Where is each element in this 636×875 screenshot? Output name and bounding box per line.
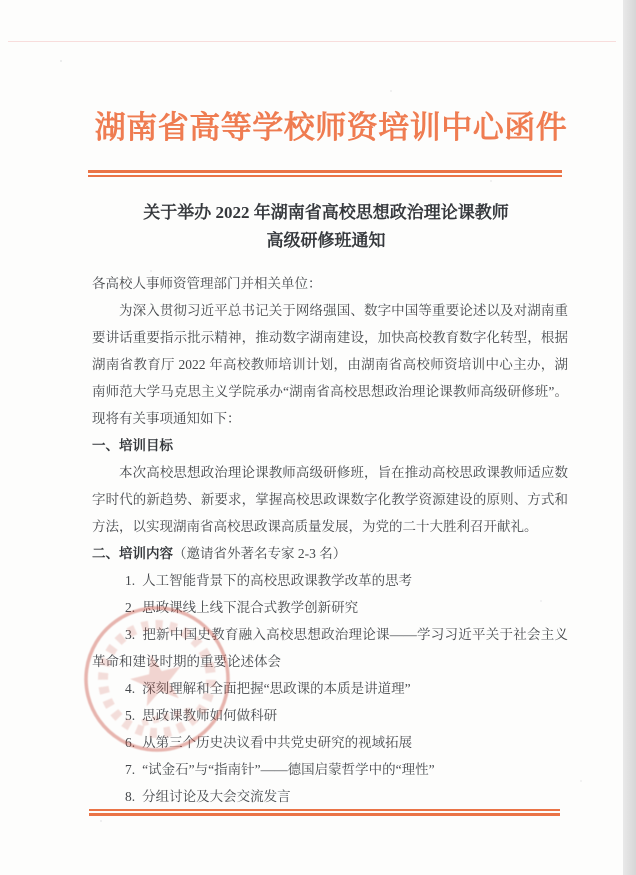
- list-item-4: 4.深刻理解和全面把握“思政课的本质是讲道理”: [92, 675, 568, 702]
- list-item-text: 从第三个历史决议看中共党史研究的视域拓展: [142, 735, 412, 750]
- list-item-3: 3.把新中国史教育融入高校思想政治理论课——学习习近平关于社会主义革命和建设时期…: [92, 621, 568, 675]
- rule-thin-line: [88, 175, 562, 177]
- list-item-number: 7.: [125, 762, 135, 777]
- list-item-text: 分组讨论及大会交流发言: [142, 789, 291, 804]
- list-item-text: 思政课教师如何做科研: [142, 708, 277, 723]
- letterhead-title: 湖南省高等学校师资培训中心函件: [40, 102, 622, 147]
- scanned-document-page: 湖南省高等学校师资培训中心函件 关于举办 2022 年湖南省高校思想政治理论课教…: [0, 0, 636, 875]
- document-title-line2: 高级研修班通知: [88, 227, 564, 255]
- section2-heading: 二、培训内容（邀请省外著名专家 2-3 名）: [92, 540, 568, 567]
- intro-paragraph: 为深入贯彻习近平总书记关于网络强国、数字中国等重要论述以及对湖南重要讲话重要指示…: [92, 297, 568, 432]
- document-title-line1: 关于举办 2022 年湖南省高校思想政治理论课教师: [88, 199, 564, 227]
- list-item-2: 2.思政课线上线下混合式教学创新研究: [92, 594, 568, 621]
- section1-heading: 一、培训目标: [92, 432, 568, 459]
- list-item-number: 8.: [125, 789, 135, 804]
- salutation: 各高校人事师资管理部门并相关单位：: [92, 270, 568, 297]
- section2-heading-note: （邀请省外著名专家 2-3 名）: [173, 546, 346, 561]
- list-item-text: 把新中国史教育融入高校思想政治理论课——学习习近平关于社会主义革命和建设时期的重…: [92, 627, 568, 669]
- footer-double-rule: [89, 809, 560, 816]
- scan-noise-specks: [60, 60, 62, 62]
- list-item-text: 深刻理解和全面把握“思政课的本质是讲道理”: [142, 681, 410, 696]
- document-body: 各高校人事师资管理部门并相关单位： 为深入贯彻习近平总书记关于网络强国、数字中国…: [92, 270, 568, 810]
- list-item-text: 人工智能背景下的高校思政课教学改革的思考: [142, 573, 412, 588]
- section2-heading-label: 二、培训内容: [92, 546, 173, 561]
- list-item-7: 7.“试金石”与“指南针”——德国启蒙哲学中的“理性”: [92, 756, 568, 783]
- list-item-1: 1.人工智能背景下的高校思政课教学改革的思考: [92, 567, 568, 594]
- section1-body: 本次高校思想政治理论课教师高级研修班，旨在推动高校思政课教师适应数字时代的新趋势…: [92, 459, 568, 540]
- scan-artifact-line: [8, 41, 616, 42]
- list-item-text: “试金石”与“指南针”——德国启蒙哲学中的“理性”: [142, 762, 434, 777]
- list-item-number: 2.: [125, 600, 135, 615]
- scan-edge-strip: [623, 0, 636, 875]
- rule-thick-line: [89, 813, 560, 816]
- list-item-5: 5.思政课教师如何做科研: [92, 702, 568, 729]
- list-item-number: 6.: [125, 735, 135, 750]
- list-item-6: 6.从第三个历史决议看中共党史研究的视域拓展: [92, 729, 568, 756]
- letterhead-double-rule: [88, 170, 562, 177]
- list-item-number: 3.: [125, 627, 135, 642]
- list-item-8: 8.分组讨论及大会交流发言: [92, 783, 568, 810]
- list-item-number: 4.: [125, 681, 135, 696]
- list-item-number: 1.: [125, 573, 135, 588]
- list-item-text: 思政课线上线下混合式教学创新研究: [142, 600, 358, 615]
- list-item-number: 5.: [125, 708, 135, 723]
- document-title: 关于举办 2022 年湖南省高校思想政治理论课教师 高级研修班通知: [88, 199, 564, 255]
